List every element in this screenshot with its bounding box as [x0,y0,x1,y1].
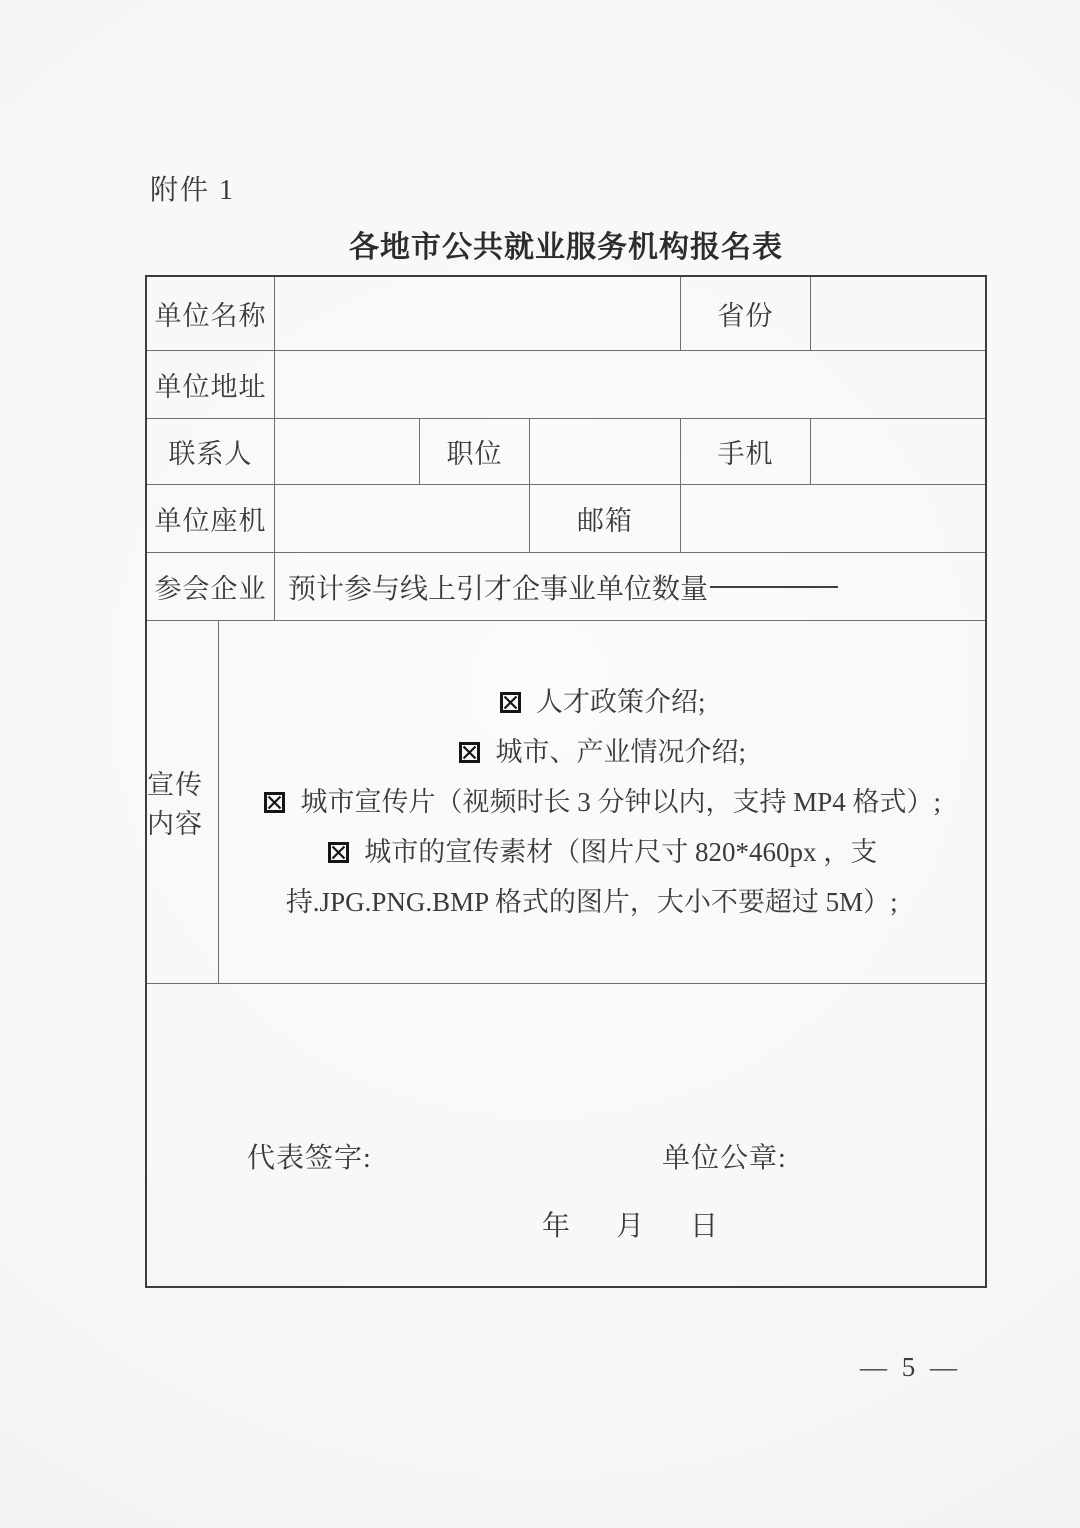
province-value-cell [810,277,985,350]
checked-checkbox-icon [500,692,521,713]
row-contact: 联系人 职位 手机 [147,418,985,484]
participating-label: 参会企业 [147,553,274,620]
unit-name-value-cell [274,277,680,350]
position-label: 职位 [419,419,529,484]
row-publicity-content: 宣传内容 人才政策介绍; 城市、产业情况介绍; 城市宣传片（视频时长 3 分钟以… [147,620,985,983]
publicity-content-cell: 人才政策介绍; 城市、产业情况介绍; 城市宣传片（视频时长 3 分钟以内，支持 … [218,621,985,983]
row-participating-enterprises: 参会企业 预计参与线上引才企事业单位数量 [147,552,985,620]
date-year-label: 年 [542,1204,570,1244]
attachment-label: 附件 1 [150,168,235,208]
participating-value-cell: 预计参与线上引才企事业单位数量 [274,553,985,620]
position-value-cell [529,419,680,484]
publicity-item-2-text: 城市、产业情况介绍; [495,737,746,767]
fill-in-blank-line [710,586,838,588]
unit-address-label: 单位地址 [147,351,274,418]
email-value-cell [680,485,985,552]
publicity-item-4: 城市的宣传素材（图片尺寸 820*460px ，支 [328,827,877,877]
publicity-item-2: 城市、产业情况介绍; [459,727,746,777]
publicity-item-4-continued: 持.JPG.PNG.BMP 格式的图片，大小不要超过 5M）; [286,877,898,927]
province-label: 省份 [680,277,810,350]
row-landline: 单位座机 邮箱 [147,484,985,552]
contact-label: 联系人 [147,419,274,484]
checked-checkbox-icon [264,792,285,813]
page-number: — 5 — [860,1352,961,1383]
landline-label: 单位座机 [147,485,274,552]
email-label: 邮箱 [529,485,680,552]
publicity-item-1-text: 人才政策介绍; [536,687,706,717]
registration-form-table: 单位名称 省份 单位地址 联系人 职位 手机 单位座机 邮箱 参 [145,275,987,1288]
row-unit-address: 单位地址 [147,350,985,418]
participating-text: 预计参与线上引才企事业单位数量 [288,567,708,607]
unit-name-label: 单位名称 [147,277,274,350]
date-line: 年 月 日 [542,1204,718,1244]
publicity-label: 宣传内容 [147,621,218,983]
date-day-label: 日 [690,1204,718,1244]
checked-checkbox-icon [328,842,349,863]
row-signature: 代表签字: 单位公章: 年 月 日 [147,983,985,1286]
publicity-item-4-text: 城市的宣传素材（图片尺寸 820*460px ，支 [364,837,877,867]
row-unit-name: 单位名称 省份 [147,277,985,350]
page-title: 各地市公共就业服务机构报名表 [145,222,987,266]
checked-checkbox-icon [459,742,480,763]
contact-value-cell [274,419,419,484]
document-page: 附件 1 各地市公共就业服务机构报名表 单位名称 省份 单位地址 联系人 职位 … [0,0,1080,1528]
publicity-item-1: 人才政策介绍; [500,677,706,727]
representative-signature-label: 代表签字: [247,1136,372,1176]
publicity-item-3: 城市宣传片（视频时长 3 分钟以内，支持 MP4 格式）; [264,777,941,827]
mobile-label: 手机 [680,419,810,484]
publicity-item-3-text: 城市宣传片（视频时长 3 分钟以内，支持 MP4 格式）; [300,787,941,817]
unit-seal-label: 单位公章: [662,1136,787,1176]
date-month-label: 月 [616,1204,644,1244]
mobile-value-cell [810,419,985,484]
unit-address-value-cell [274,351,985,418]
landline-value-cell [274,485,529,552]
